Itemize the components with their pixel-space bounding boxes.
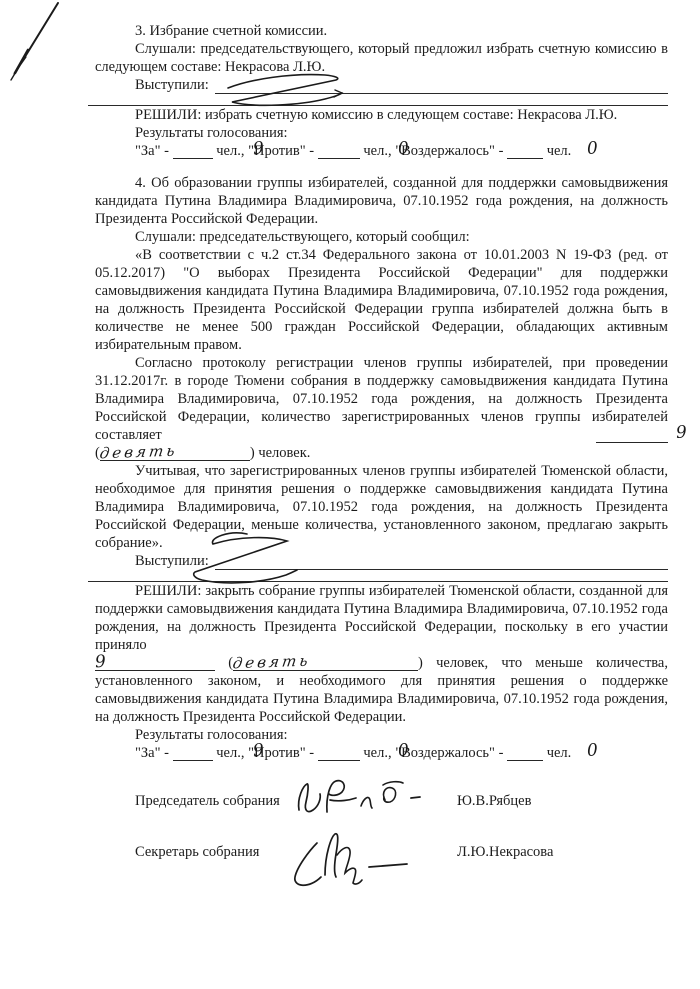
za-label: "За" - [135,143,173,159]
protocol-text: Согласно протоколу регистрации членов гр… [95,355,668,443]
za-count-blank: 9 [173,143,213,159]
section4-resolved-intro: РЕШИЛИ: закрыть собрание группы избирате… [95,582,668,654]
spoke-row: Выступили: [95,552,668,570]
za-count-blank: 9 [173,745,213,761]
protiv-count-blank: 0 [318,745,360,761]
vozd-label: "Воздержалось" - [395,745,507,761]
handwritten-word-nine: девять [232,654,312,671]
vozd-label: "Воздержалось" - [395,143,507,159]
chairman-label: Председатель собрания [135,792,280,810]
section3-resolved: РЕШИЛИ: избрать счетную комиссию в следу… [95,106,668,124]
blank-signature-line [215,555,668,570]
spoke-label: Выступили: [135,552,209,570]
handwritten-nine: 9 [636,425,688,443]
handwritten-nine: 9 [95,655,107,670]
blank-full-line [88,94,668,106]
spoke-label: Выступили: [135,76,209,94]
signatures-block: Председатель собрания Ю.В.Рябцев Секрета… [95,792,668,863]
scanned-document-page: 3. Избрание счетной комиссии. Слушали: п… [0,0,700,989]
vozd-count-blank: 0 [507,745,543,761]
section4-resolved-count-line: 9 (девять) человек, что меньше количеств… [95,654,668,672]
resolved-count-blank: 9 [95,655,215,671]
persons-suffix: человек. [255,445,311,461]
secretary-name: Л.Ю.Некрасова [457,843,553,861]
handwritten-zero: 0 [357,141,409,159]
handwritten-word-nine: девять [99,444,179,461]
spoke-row: Выступили: [95,76,668,94]
section4-law-paragraph: «В соответствии с ч.2 ст.34 Федерального… [95,246,668,354]
handwritten-nine: 9 [212,743,264,761]
section4-protocol-paragraph: Согласно протоколу регистрации членов гр… [95,354,668,444]
section4-considering-paragraph: Учитывая, что зарегистрированных членов … [95,462,668,552]
section3-heard: Слушали: председательствующего, который … [95,40,668,76]
handwritten-zero: 0 [547,743,599,761]
resolved-middle-text: человек, что меньше количества, [423,655,668,671]
chairman-signature [293,776,433,824]
section4-count-words-line: (девять) человек. [95,444,668,462]
document-content: 3. Избрание счетной комиссии. Слушали: п… [95,22,668,863]
corner-pen-mark [6,0,70,88]
section4-title: 4. Об образовании группы избирателей, со… [95,174,668,228]
chairman-name: Ю.В.Рябцев [457,792,531,810]
handwritten-zero: 0 [547,141,599,159]
section3-vote-results-line: "За" - 9 чел., "Против" - 0 чел., "Возде… [95,142,668,160]
section3-results-label: Результаты голосования: [95,124,668,142]
section4-resolved-rest: установленного законом, и необходимого д… [95,672,668,726]
member-count-blank: 9 [596,427,668,443]
section3-title: 3. Избрание счетной комиссии. [95,22,668,40]
secretary-signature [285,829,435,891]
vozd-count-blank: 0 [507,143,543,159]
protiv-count-blank: 0 [318,143,360,159]
chairman-signature-row: Председатель собрания Ю.В.Рябцев [95,792,668,812]
section4-spoke-block: Выступили: [95,552,668,582]
secretary-label: Секретарь собрания [135,843,259,861]
section4-vote-results-line: "За" - 9 чел., "Против" - 0 чел., "Возде… [95,744,668,762]
secretary-signature-row: Секретарь собрания Л.Ю.Некрасова [95,843,668,863]
section3-spoke-block: Выступили: [95,76,668,106]
blank-full-line [88,570,668,582]
agenda-item-3: 3. Избрание счетной комиссии. Слушали: п… [95,22,668,160]
count-word-blank: девять [100,445,250,461]
za-label: "За" - [135,745,173,761]
blank-signature-line [215,79,668,94]
handwritten-zero: 0 [357,743,409,761]
resolved-word-blank: девять [233,655,418,671]
section4-results-label: Результаты голосования: [95,726,668,744]
handwritten-nine: 9 [212,141,264,159]
section4-heard: Слушали: председательствующего, который … [95,228,668,246]
agenda-item-4: 4. Об образовании группы избирателей, со… [95,174,668,762]
